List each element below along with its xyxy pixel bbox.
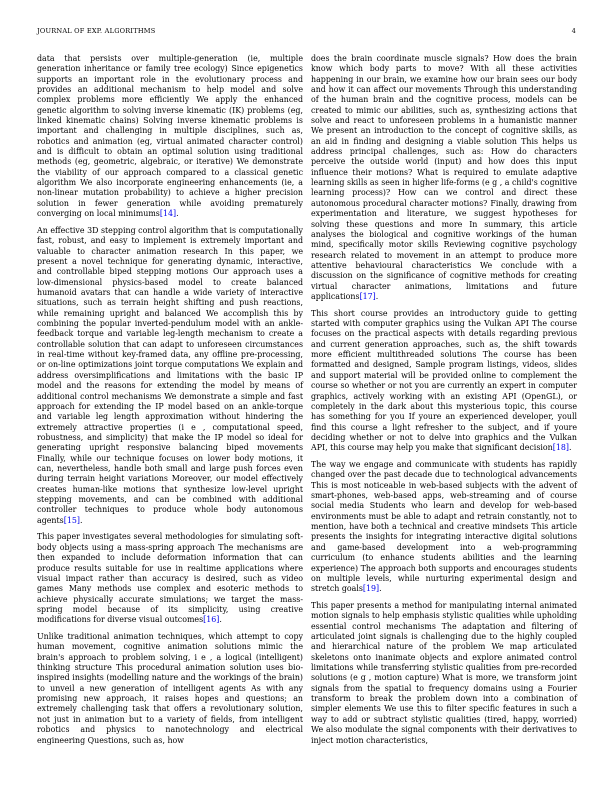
paragraph-text: This short course provides an introducto… [311,309,577,452]
citation-link[interactable]: [15] [64,516,80,525]
page-number: 4 [572,27,576,35]
left-column: data that persists over multiple-generat… [37,54,303,752]
paragraph-text: An effective 3D stepping control algorit… [37,226,303,525]
citation-link[interactable]: [19] [363,584,379,593]
punctuation: . [219,615,222,624]
punctuation: . [376,292,379,301]
citation-link[interactable]: [16] [203,615,219,624]
paragraph: Unlike traditional animation techniques,… [37,632,303,746]
punctuation: . [379,584,382,593]
punctuation: . [569,443,572,452]
punctuation: . [176,209,179,218]
paragraph-text: The way we engage and communicate with s… [311,460,577,593]
citation-link[interactable]: [18] [553,443,569,452]
paragraph: This paper presents a method for manipul… [311,601,577,746]
paragraph: This paper investigates several methodol… [37,532,303,625]
paragraph-text: does the brain coordinate muscle signals… [311,54,577,301]
paragraph-text: data that persists over multiple-generat… [37,54,303,218]
paragraph: An effective 3D stepping control algorit… [37,226,303,526]
citation-link[interactable]: [14] [160,209,176,218]
paragraph: does the brain coordinate muscle signals… [311,54,577,302]
right-column: does the brain coordinate muscle signals… [311,54,577,752]
punctuation: . [80,516,83,525]
running-header: JOURNAL OF EXP. ALGORITHMS 4 [37,27,576,39]
citation-link[interactable]: [17] [360,292,376,301]
paragraph: The way we engage and communicate with s… [311,460,577,594]
paragraph-text: This paper investigates several methodol… [37,532,303,624]
paragraph: This short course provides an introducto… [311,309,577,454]
paragraph: data that persists over multiple-generat… [37,54,303,220]
paragraph-text: Unlike traditional animation techniques,… [37,632,303,744]
paragraph-text: This paper presents a method for manipul… [311,601,577,744]
journal-title: JOURNAL OF EXP. ALGORITHMS [37,27,155,35]
